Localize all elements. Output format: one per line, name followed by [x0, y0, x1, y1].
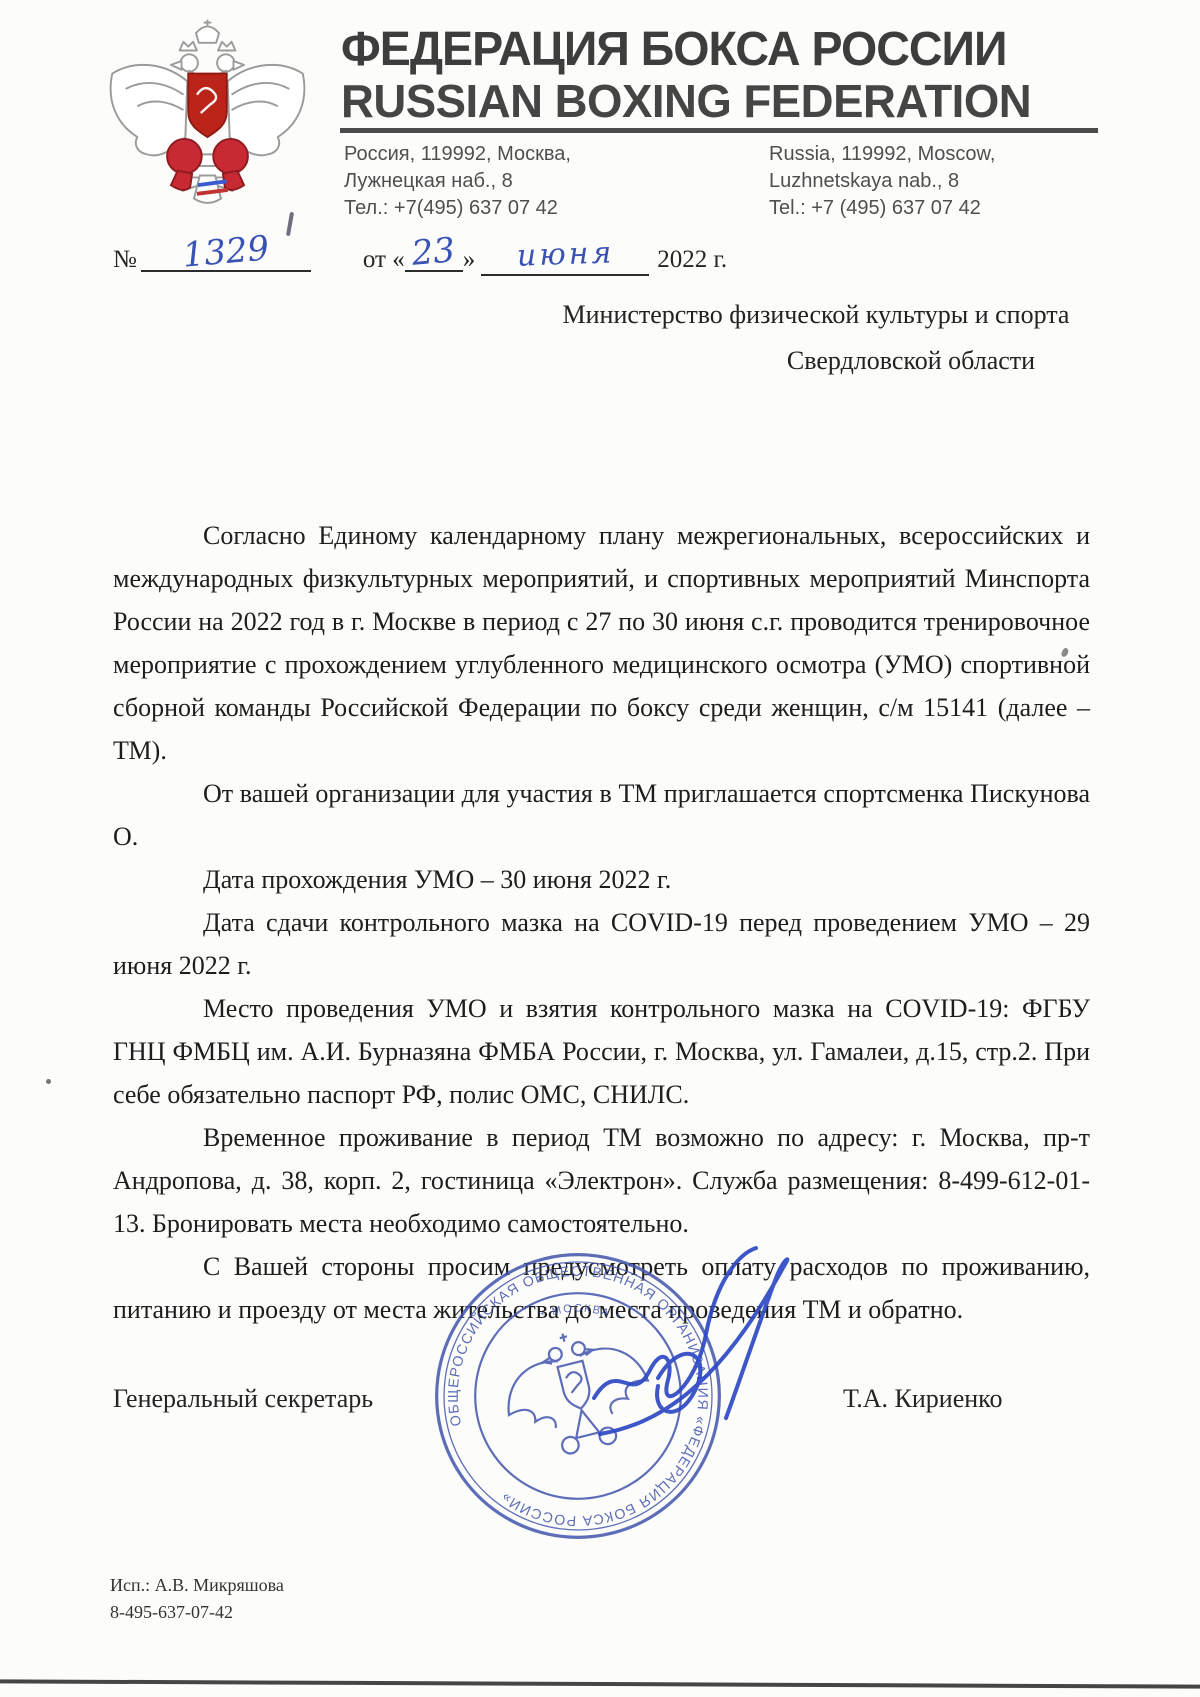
scan-speck	[46, 1079, 51, 1084]
signer-name: Т.А. Кириенко	[843, 1384, 1003, 1414]
org-name-ru: ФЕДЕРАЦИЯ БОКСА РОССИИ	[341, 22, 1078, 77]
handwritten-day: 23	[410, 230, 457, 274]
address-line: Tel.: +7 (495) 637 07 42	[769, 195, 995, 222]
handwritten-signature	[588, 1238, 803, 1488]
executor-name: Исп.: А.В. Микряшова	[110, 1572, 284, 1599]
executor-block: Исп.: А.В. Микряшова 8-495-637-07-42	[110, 1572, 284, 1626]
handwritten-month: июня	[516, 235, 615, 273]
date-month-slot: июня	[481, 240, 649, 276]
date-day-slot: 23	[405, 236, 463, 272]
body-paragraph: Согласно Единому календарному плану межр…	[113, 514, 1090, 772]
address-line: Тел.: +7(495) 637 07 42	[344, 195, 571, 222]
addressee-block: Министерство физической культуры и спорт…	[540, 292, 1092, 384]
ref-line: №1329от «23»июня2022 г.	[113, 236, 893, 276]
scan-edge-line	[0, 1679, 1200, 1688]
signer-title: Генеральный секретарь	[113, 1384, 373, 1414]
addressee-line: Министерство физической культуры и спорт…	[540, 292, 1092, 338]
scanned-letter-page: ФЕДЕРАЦИЯ БОКСА РОССИИ RUSSIAN BOXING FE…	[0, 0, 1200, 1697]
stray-ink-mark	[286, 212, 294, 236]
body-paragraph: Временное проживание в период ТМ возможн…	[113, 1116, 1090, 1245]
address-line: Luzhnetskaya nab., 8	[769, 168, 995, 195]
body-paragraph: Дата прохождения УМО – 30 июня 2022 г.	[113, 858, 1090, 901]
body-paragraph: Дата сдачи контрольного мазка на COVID-1…	[113, 901, 1090, 987]
addressee-line: Свердловской области	[540, 338, 1092, 384]
eagle-crest-icon	[85, 12, 330, 214]
handwritten-number: 1329	[181, 228, 271, 275]
address-line: Россия, 119992, Москва,	[344, 141, 571, 168]
ref-number-label: №	[113, 246, 137, 273]
org-name-en: RUSSIAN BOXING FEDERATION	[341, 74, 1093, 128]
date-year: 2022 г.	[657, 246, 727, 273]
address-line: Лужнецкая наб., 8	[344, 168, 571, 195]
address-russian: Россия, 119992, Москва, Лужнецкая наб., …	[344, 141, 571, 222]
executor-phone: 8-495-637-07-42	[110, 1599, 284, 1626]
date-from-label: от «	[363, 246, 405, 273]
header-divider	[340, 128, 1098, 133]
date-quote-close: »	[463, 246, 476, 273]
address-line: Russia, 119992, Moscow,	[769, 141, 995, 168]
body-paragraph: Место проведения УМО и взятия контрольно…	[113, 987, 1090, 1116]
letter-body: Согласно Единому календарному плану межр…	[113, 514, 1090, 1331]
ref-number-slot: 1329	[141, 236, 311, 272]
address-english: Russia, 119992, Moscow, Luzhnetskaya nab…	[769, 141, 995, 222]
body-paragraph: От вашей организации для участия в ТМ пр…	[113, 772, 1090, 858]
